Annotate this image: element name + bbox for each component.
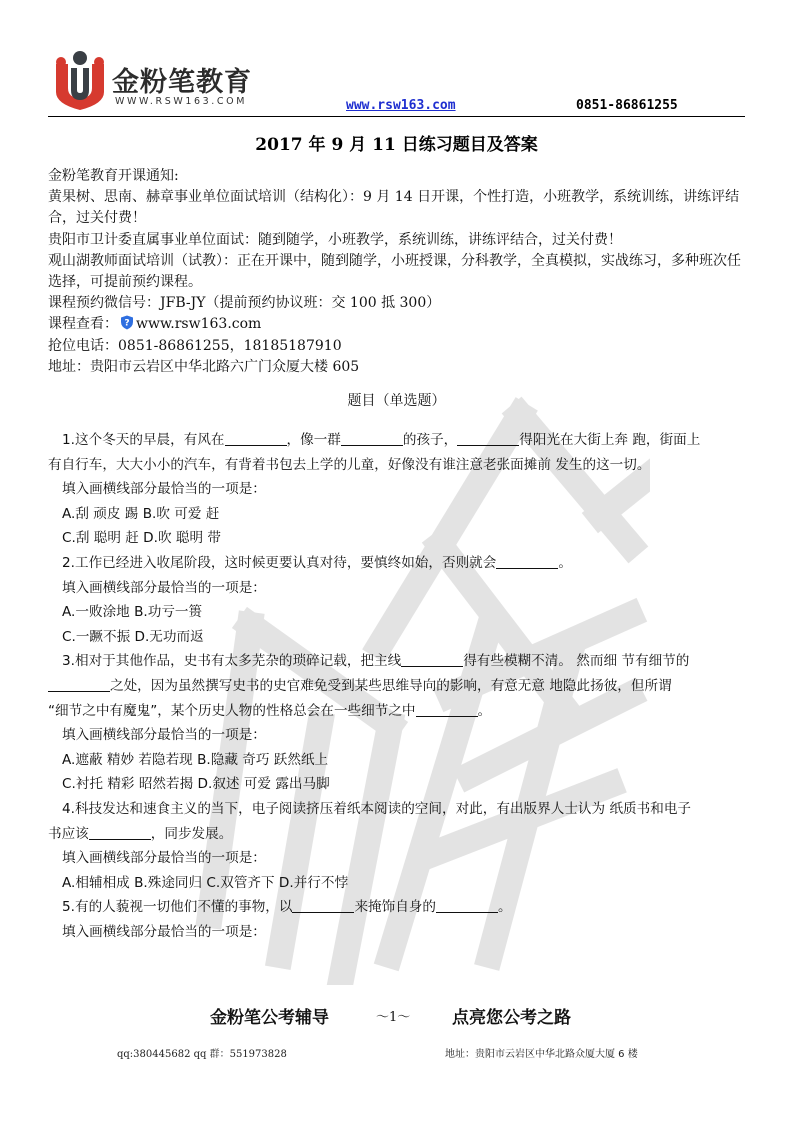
footer-slogan: 点亮您公考之路 — [452, 1003, 571, 1028]
footer-contact: qq:380445682 qq 群：551973828 地址：贵阳市云岩区中华北… — [0, 1045, 793, 1061]
footer-qq: qq:380445682 qq 群：551973828 — [117, 1045, 287, 1060]
question-4-stem: 4.科技发达和速食主义的当下，电子阅读挤压着纸本阅读的空间，对此，有出版界人士认… — [48, 797, 745, 822]
shield-question-icon: ? — [120, 315, 134, 330]
page-header: 金粉笔教育 WWW.RSW163.COM www.rsw163.com 0851… — [48, 48, 745, 116]
svg-text:?: ? — [124, 319, 129, 329]
course-notice: 金粉笔教育开课通知: 黄果树、思南、赫章事业单位面试培训（结构化）：9 月 14… — [48, 166, 745, 378]
website-link[interactable]: www.rsw163.com — [346, 98, 456, 113]
question-3-stem: 3.相对于其他作品，史书有太多芜杂的琐碎记载，把主线得有些模糊不清。 然而细 节… — [48, 649, 745, 674]
header-divider — [48, 116, 745, 117]
answer-blank — [89, 825, 151, 840]
question-prompt: 填入画横线部分最恰当的一项是： — [48, 846, 745, 871]
footer-address: 地址：贵阳市云岩区中华北路众厦大厦 6 楼 — [445, 1045, 638, 1060]
question-1-stem-cont: 有自行车，大大小小的汽车，有背着书包去上学的儿童，好像没有谁注意老张面摊前 发生… — [48, 453, 745, 478]
question-1-options-ab: A.刮 顽皮 踢 B.吹 可爱 赶 — [48, 502, 745, 527]
notice-line: 贵阳市卫计委直属事业单位面试：随到随学，小班教学，系统训练，讲练评结合，过关付费… — [48, 230, 745, 251]
notice-line: 课程预约微信号：JFB-JY（提前预约协议班：交 100 抵 300） — [48, 293, 745, 314]
question-prompt: 填入画横线部分最恰当的一项是： — [48, 723, 745, 748]
question-4-options: A.相辅相成 B.殊途同归 C.双管齐下 D.并行不悖 — [48, 871, 745, 896]
header-phone: 0851-86861255 — [576, 98, 678, 113]
question-2-options-ab: A.一败涂地 B.功亏一篑 — [48, 600, 745, 625]
question-list: 1.这个冬天的早晨，有风在，像一群的孩子，得阳光在大街上奔 跑，街面上 有自行车… — [48, 428, 745, 944]
notice-line: 黄果树、思南、赫章事业单位面试培训（结构化）：9 月 14 日开课，个性打造，小… — [48, 187, 745, 229]
question-3-stem-cont: 之处，因为虽然撰写史书的史官难免受到某些思维导向的影响，有意无意 地隐此扬彼，但… — [48, 674, 745, 699]
footer-brand: 金粉笔公考辅导 — [210, 1003, 329, 1028]
answer-blank — [48, 677, 110, 692]
course-view-line: 课程查看：?www.rsw163.com — [48, 314, 745, 335]
brand-logo: 金粉笔教育 WWW.RSW163.COM — [52, 50, 252, 112]
logo-text-en: WWW.RSW163.COM — [115, 96, 247, 107]
phone-line: 抢位电话：0851-86861255，18185187910 — [48, 336, 745, 357]
document-page: 金粉笔教育 WWW.RSW163.COM www.rsw163.com 0851… — [0, 0, 793, 1122]
question-2-options-cd: C.一蹶不振 D.无功而返 — [48, 625, 745, 650]
page-number: ～1～ — [376, 1006, 410, 1025]
section-title: 题目（单选题） — [0, 390, 793, 410]
answer-blank — [416, 702, 478, 717]
question-1-options-cd: C.刮 聪明 赶 D.吹 聪明 带 — [48, 526, 745, 551]
question-4-stem-cont: 书应该，同步发展。 — [48, 822, 745, 847]
answer-blank — [341, 431, 403, 446]
answer-blank — [436, 898, 498, 913]
notice-line: 金粉笔教育开课通知: — [48, 166, 745, 187]
logo-icon — [52, 50, 108, 112]
answer-blank — [225, 431, 287, 446]
question-3-options-ab: A.遮蔽 精妙 若隐若现 B.隐藏 奇巧 跃然纸上 — [48, 748, 745, 773]
question-1-stem: 1.这个冬天的早晨，有风在，像一群的孩子，得阳光在大街上奔 跑，街面上 — [48, 428, 745, 453]
document-title: 2017 年 9 月 11 日练习题目及答案 — [0, 130, 793, 155]
answer-blank — [457, 431, 519, 446]
answer-blank — [496, 554, 558, 569]
page-footer: 金粉笔公考辅导 ～1～ 点亮您公考之路 — [0, 1003, 793, 1029]
answer-blank — [292, 898, 354, 913]
address-line: 地址：贵阳市云岩区中华北路六广门众厦大楼 605 — [48, 357, 745, 378]
question-5-stem: 5.有的人藐视一切他们不懂的事物，以来掩饰自身的。 — [48, 895, 745, 920]
question-2-stem: 2.工作已经进入收尾阶段，这时候更要认真对待，要慎终如始，否则就会。 — [48, 551, 745, 576]
question-3-options-cd: C.衬托 精彩 昭然若揭 D.叙述 可爱 露出马脚 — [48, 772, 745, 797]
course-view-label: 课程查看： — [48, 316, 118, 332]
question-3-stem-cont: “细节之中有魔鬼”，某个历史人物的性格总会在一些细节之中。 — [48, 699, 745, 724]
question-prompt: 填入画横线部分最恰当的一项是： — [48, 576, 745, 601]
answer-blank — [401, 652, 463, 667]
notice-line: 观山湖教师面试培训（试教）：正在开课中，随到随学，小班授课，分科教学，全真模拟，… — [48, 251, 745, 293]
logo-text-cn: 金粉笔教育 — [112, 60, 252, 99]
course-view-link[interactable]: www.rsw163.com — [136, 316, 261, 332]
question-prompt: 填入画横线部分最恰当的一项是： — [48, 477, 745, 502]
question-prompt: 填入画横线部分最恰当的一项是： — [48, 920, 745, 945]
